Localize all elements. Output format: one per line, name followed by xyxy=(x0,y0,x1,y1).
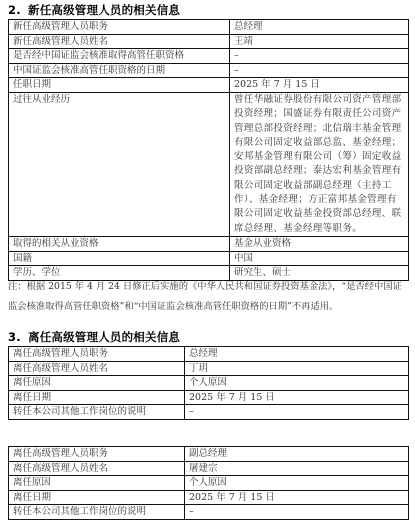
row-label: 离任高级管理人员姓名 xyxy=(9,461,185,476)
new-executive-table: 新任高级管理人员职务 总经理 新任高级管理人员姓名 王靖 是否经中国证监会核准取… xyxy=(8,19,409,281)
row-label: 新任高级管理人员姓名 xyxy=(9,34,230,49)
row-label: 离任日期 xyxy=(9,390,185,405)
table-row: 离任高级管理人员职务 副总经理 xyxy=(9,447,409,462)
table-row: 离任日期 2025 年 7 月 15 日 xyxy=(9,490,409,505)
table-row: 离任原因 个人原因 xyxy=(9,376,409,391)
row-label: 离任日期 xyxy=(9,490,185,505)
row-value: 总经理 xyxy=(230,20,409,35)
departing-executive-table-1: 离任高级管理人员职务 总经理 离任高级管理人员姓名 丁玥 离任原因 个人原因 离… xyxy=(8,346,409,420)
table-row: 中国证监会核准高管任职资格的日期 – xyxy=(9,63,409,78)
table-row: 离任高级管理人员职务 总经理 xyxy=(9,347,409,362)
row-label: 离任高级管理人员姓名 xyxy=(9,361,185,376)
row-value: 屠建宗 xyxy=(185,461,409,476)
table-row: 离任日期 2025 年 7 月 15 日 xyxy=(9,390,409,405)
row-value: 曾任华融证券股份有限公司资产管理部投资经理；国盛证券有限责任公司资产管理总部投资… xyxy=(230,92,409,236)
row-value: 总经理 xyxy=(185,347,409,362)
row-value: 王靖 xyxy=(230,34,409,49)
row-label: 取得的相关从业资格 xyxy=(9,236,230,251)
table-row: 离任原因 个人原因 xyxy=(9,476,409,491)
table-row: 新任高级管理人员姓名 王靖 xyxy=(9,34,409,49)
table-row: 离任高级管理人员姓名 屠建宗 xyxy=(9,461,409,476)
table-row: 转任本公司其他工作岗位的说明 – xyxy=(9,505,409,520)
section-title: 新任高级管理人员的相关信息 xyxy=(28,3,180,17)
section-number: 2. xyxy=(8,3,28,17)
row-label: 离任原因 xyxy=(9,376,185,391)
section-title: 离任高级管理人员的相关信息 xyxy=(28,330,180,344)
row-label: 中国证监会核准高管任职资格的日期 xyxy=(9,63,230,78)
row-label: 转任本公司其他工作岗位的说明 xyxy=(9,505,185,520)
row-value: 个人原因 xyxy=(185,476,409,491)
row-label: 国籍 xyxy=(9,251,230,266)
row-value: 个人原因 xyxy=(185,376,409,391)
row-value: 丁玥 xyxy=(185,361,409,376)
section-2-heading: 2.新任高级管理人员的相关信息 xyxy=(8,2,180,18)
table-row: 转任本公司其他工作岗位的说明 – xyxy=(9,405,409,420)
section-number: 3. xyxy=(8,330,28,344)
row-label: 过往从业经历 xyxy=(9,92,230,236)
table-row: 过往从业经历 曾任华融证券股份有限公司资产管理部投资经理；国盛证券有限责任公司资… xyxy=(9,92,409,236)
table-row: 取得的相关从业资格 基金从业资格 xyxy=(9,236,409,251)
row-label: 离任高级管理人员职务 xyxy=(9,447,185,462)
row-label: 转任本公司其他工作岗位的说明 xyxy=(9,405,185,420)
row-value: 中国 xyxy=(230,251,409,266)
row-value: – xyxy=(185,505,409,520)
row-label: 新任高级管理人员职务 xyxy=(9,20,230,35)
table-row: 任职日期 2025 年 7 月 15 日 xyxy=(9,78,409,93)
note-text: 注：根据 2015 年 4 月 24 日修正后实施的《中华人民共和国证券投资基金… xyxy=(8,277,410,317)
row-value: 2025 年 7 月 15 日 xyxy=(185,490,409,505)
row-label: 离任原因 xyxy=(9,476,185,491)
table-row: 新任高级管理人员职务 总经理 xyxy=(9,20,409,35)
row-value: – xyxy=(230,49,409,64)
row-value: 基金从业资格 xyxy=(230,236,409,251)
table-row: 是否经中国证监会核准取得高管任职资格 – xyxy=(9,49,409,64)
row-label: 是否经中国证监会核准取得高管任职资格 xyxy=(9,49,230,64)
row-value: – xyxy=(230,63,409,78)
row-value: – xyxy=(185,405,409,420)
row-label: 任职日期 xyxy=(9,78,230,93)
table-row: 国籍 中国 xyxy=(9,251,409,266)
row-value: 副总经理 xyxy=(185,447,409,462)
row-label: 离任高级管理人员职务 xyxy=(9,347,185,362)
departing-executive-table-2: 离任高级管理人员职务 副总经理 离任高级管理人员姓名 屠建宗 离任原因 个人原因… xyxy=(8,446,409,520)
table-row: 离任高级管理人员姓名 丁玥 xyxy=(9,361,409,376)
row-value: 2025 年 7 月 15 日 xyxy=(230,78,409,93)
row-value: 2025 年 7 月 15 日 xyxy=(185,390,409,405)
section-3-heading: 3.离任高级管理人员的相关信息 xyxy=(8,329,180,345)
